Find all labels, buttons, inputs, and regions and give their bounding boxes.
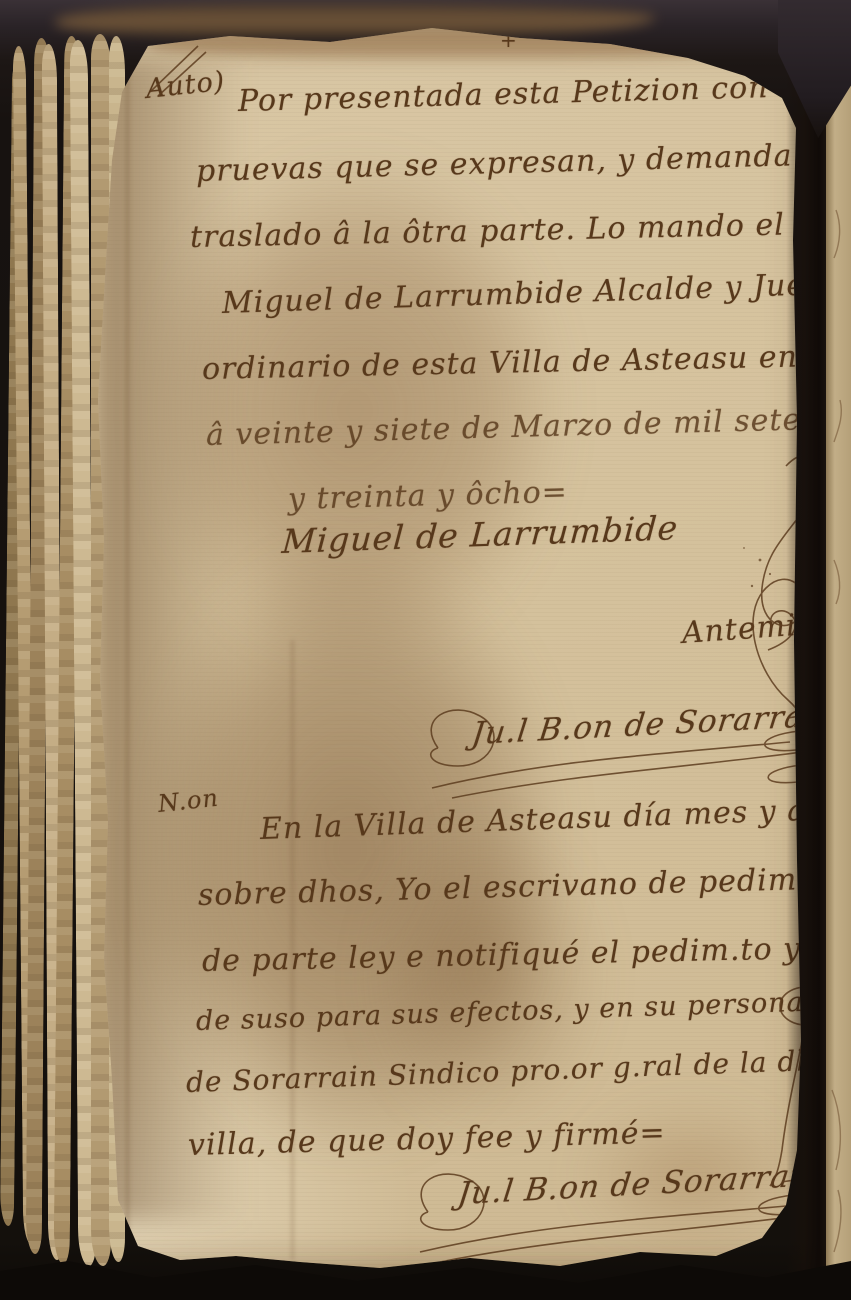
ink-mark xyxy=(834,210,840,258)
manuscript-line: y treinta y ôcho= xyxy=(288,475,569,517)
ink-mark xyxy=(832,1090,840,1170)
ink-mark xyxy=(834,560,840,604)
manuscript-photo: + Auto) Por presentada esta Petizion con… xyxy=(0,0,851,1300)
page-crease xyxy=(126,70,129,1240)
facing-page-sliver xyxy=(826,0,851,1300)
manuscript-page: + Auto) Por presentada esta Petizion con… xyxy=(0,0,851,1300)
ink-mark xyxy=(834,400,841,442)
ink-mark xyxy=(834,1190,841,1252)
book-top-edge-shadow xyxy=(55,4,655,38)
facing-page-ink-marks xyxy=(826,0,851,1300)
